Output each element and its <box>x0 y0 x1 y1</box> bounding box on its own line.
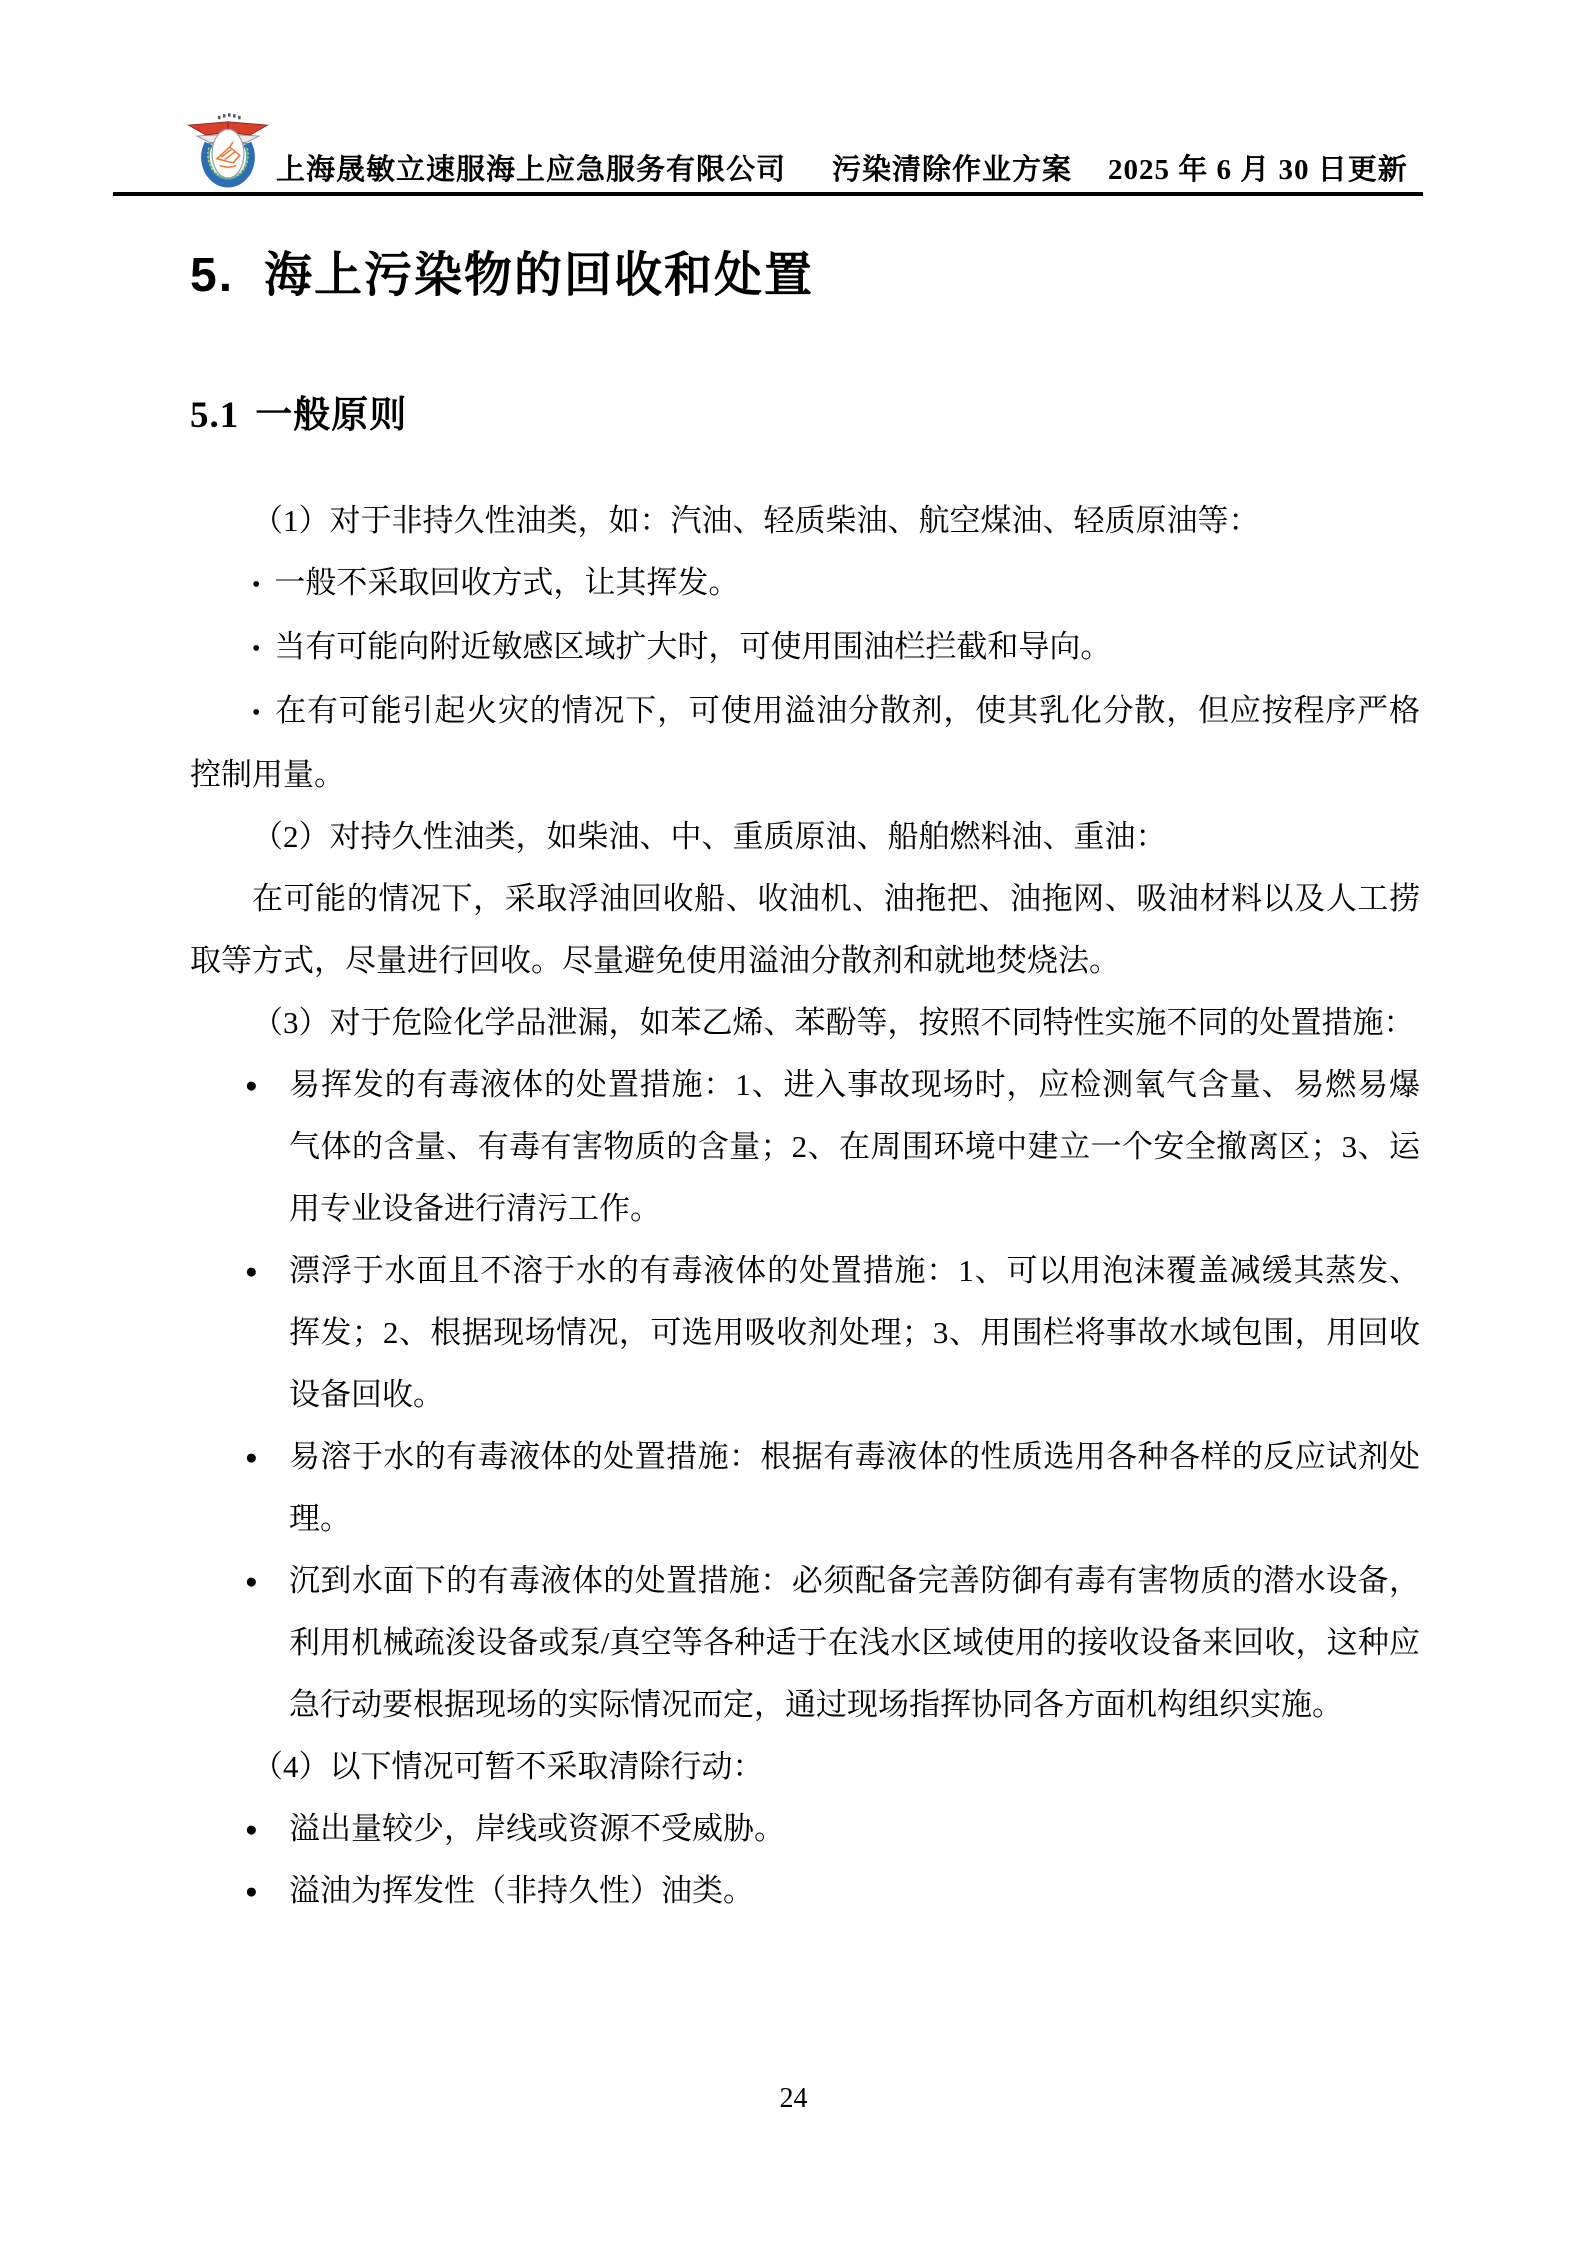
paragraph: •一般不采取回收方式，让其挥发。 <box>190 552 1420 616</box>
bullet-icon: • <box>252 700 260 726</box>
paragraph: •当有可能向附近敏感区域扩大时，可使用围油栏拦截和导向。 <box>190 616 1420 680</box>
paragraph-text: 在有可能引起火灾的情况下，可使用溢油分散剂，使其乳化分散，但应按程序严格控制用量… <box>190 693 1420 792</box>
paragraph: （4）以下情况可暂不采取清除行动： <box>190 1736 1420 1798</box>
document-page: 上海晟敏立速服海上应急服务有限公司 污染清除作业方案 2025 年 6 月 30… <box>0 0 1587 2245</box>
list-item: ●沉到水面下的有毒液体的处置措施：必须配备完善防御有毒有害物质的潜水设备，利用机… <box>190 1550 1420 1736</box>
page-footer: 24 <box>0 2082 1587 2116</box>
logo-oval <box>212 129 244 178</box>
chapter-title-text: 海上污染物的回收和处置 <box>264 249 814 302</box>
list-item: ●漂浮于水面且不溶于水的有毒液体的处置措施：1、可以用泡沫覆盖减缓其蒸发、挥发；… <box>190 1240 1420 1426</box>
paragraph-text: 溢油为挥发性（非持久性）油类。 <box>289 1873 754 1908</box>
logo-top-text <box>218 113 241 119</box>
chapter-title: 5.海上污染物的回收和处置 <box>190 248 814 303</box>
paragraph-text: 溢出量较少，岸线或资源不受威胁。 <box>289 1811 785 1846</box>
paragraph-text: （4）以下情况可暂不采取清除行动： <box>252 1749 764 1784</box>
section-title: 5.1一般原则 <box>190 394 407 438</box>
paragraph-text: 一般不采取回收方式，让其挥发。 <box>274 565 739 600</box>
paragraph: 在可能的情况下，采取浮油回收船、收油机、油拖把、油拖网、吸油材料以及人工捞取等方… <box>190 868 1420 992</box>
list-item: ●易溶于水的有毒液体的处置措施：根据有毒液体的性质选用各种各样的反应试剂处理。 <box>190 1426 1420 1550</box>
list-item: ●易挥发的有毒液体的处置措施：1、进入事故现场时，应检测氧气含量、易燃易爆气体的… <box>190 1054 1420 1240</box>
update-date: 2025 年 6 月 30 日更新 <box>1108 147 1408 188</box>
paragraph-text: （1）对于非持久性油类，如：汽油、轻质柴油、航空煤油、轻质原油等： <box>252 503 1260 538</box>
section-title-text: 一般原则 <box>255 395 407 436</box>
paragraph: （2）对持久性油类，如柴油、中、重质原油、船舶燃料油、重油： <box>190 806 1420 868</box>
bullet-icon: ● <box>245 1240 258 1302</box>
paragraph: （1）对于非持久性油类，如：汽油、轻质柴油、航空煤油、轻质原油等： <box>190 490 1420 552</box>
bullet-icon: • <box>252 636 260 662</box>
bullet-icon: • <box>252 572 260 598</box>
page-header: 上海晟敏立速服海上应急服务有限公司 污染清除作业方案 2025 年 6 月 30… <box>186 108 1477 194</box>
section-number: 5.1 <box>190 395 239 436</box>
paragraph-text: （2）对持久性油类，如柴油、中、重质原油、船舶燃料油、重油： <box>252 819 1167 854</box>
list-item: ●溢油为挥发性（非持久性）油类。 <box>190 1860 1420 1922</box>
company-name: 上海晟敏立速服海上应急服务有限公司 <box>276 147 786 188</box>
bullet-icon: ● <box>245 1860 258 1922</box>
paragraph-text: 当有可能向附近敏感区域扩大时，可使用围油栏拦截和导向。 <box>274 629 1111 664</box>
header-divider <box>113 192 1423 196</box>
paragraph: （3）对于危险化学品泄漏，如苯乙烯、苯酚等，按照不同特性实施不同的处置措施： <box>190 992 1420 1054</box>
paragraph-text: （3）对于危险化学品泄漏，如苯乙烯、苯酚等，按照不同特性实施不同的处置措施： <box>252 1005 1415 1040</box>
paragraph-text: 易挥发的有毒液体的处置措施：1、进入事故现场时，应检测氧气含量、易燃易爆气体的含… <box>289 1067 1420 1226</box>
list-item: ●溢出量较少，岸线或资源不受威胁。 <box>190 1798 1420 1860</box>
chapter-number: 5. <box>190 249 234 302</box>
bullet-icon: ● <box>245 1798 258 1860</box>
paragraph-text: 漂浮于水面且不溶于水的有毒液体的处置措施：1、可以用泡沫覆盖减缓其蒸发、挥发；2… <box>289 1253 1420 1412</box>
paragraph-text: 在可能的情况下，采取浮油回收船、收油机、油拖把、油拖网、吸油材料以及人工捞取等方… <box>190 881 1420 978</box>
header-text-row: 上海晟敏立速服海上应急服务有限公司 污染清除作业方案 2025 年 6 月 30… <box>276 147 1408 188</box>
paragraph-text: 易溶于水的有毒液体的处置措施：根据有毒液体的性质选用各种各样的反应试剂处理。 <box>289 1439 1420 1536</box>
paragraph: •在有可能引起火灾的情况下，可使用溢油分散剂，使其乳化分散，但应按程序严格控制用… <box>190 680 1420 806</box>
page-number: 24 <box>780 2083 808 2114</box>
document-body: （1）对于非持久性油类，如：汽油、轻质柴油、航空煤油、轻质原油等：•一般不采取回… <box>190 490 1420 1922</box>
bullet-icon: ● <box>245 1426 258 1488</box>
bullet-icon: ● <box>245 1550 258 1612</box>
paragraph-text: 沉到水面下的有毒液体的处置措施：必须配备完善防御有毒有害物质的潜水设备，利用机械… <box>289 1563 1420 1722</box>
bullet-icon: ● <box>245 1054 258 1116</box>
document-title: 污染清除作业方案 <box>832 147 1072 188</box>
company-badge-logo <box>186 110 270 194</box>
